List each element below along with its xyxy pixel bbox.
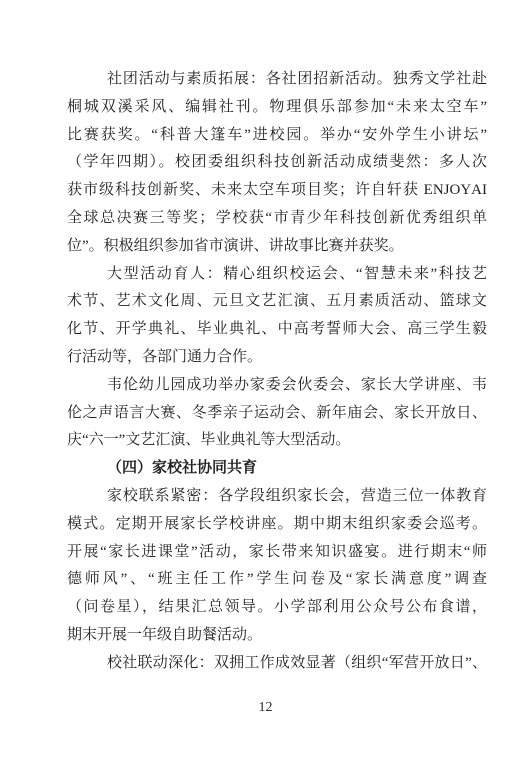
text-line: 化节、开学典礼、毕业典礼、中高考誓师大会、高三学生毅	[67, 316, 487, 344]
text-line: 大型活动育人：精心组织校运会、“智慧未来”科技艺	[67, 261, 487, 289]
section-heading: （四）家校社协同共育	[67, 455, 487, 483]
text-line: 韦伦幼儿园成功举办家委会伙委会、家长大学讲座、韦	[67, 372, 487, 400]
text-line: 模式。定期开展家长学校讲座。期中期末组织家委会巡考。	[67, 511, 487, 539]
text-line: 期末开展一年级自助餐活动。	[67, 622, 487, 650]
text-line: 社团活动与素质拓展：各社团招新活动。独秀文学社赴	[67, 66, 487, 94]
text-line: 术节、艺术文化周、元旦文艺汇演、五月素质活动、篮球文	[67, 288, 487, 316]
text-line: 开展“家长进课堂”活动，家长带来知识盛宴。进行期末“师	[67, 539, 487, 567]
text-line: 德师风”、“班主任工作”学生问卷及“家长满意度”调查	[67, 566, 487, 594]
page-number: 12	[0, 699, 531, 717]
text-line: 全球总决赛三等奖；学校获“市青少年科技创新优秀组织单	[67, 205, 487, 233]
text-line: 位”。积极组织参加省市演讲、讲故事比赛并获奖。	[67, 233, 487, 261]
text-line: 桐城双溪采风、编辑社刊。物理俱乐部参加“未来太空车”	[67, 94, 487, 122]
text-line: （学年四期）。校团委组织科技创新活动成绩斐然：多人次	[67, 149, 487, 177]
text-line: 伦之声语言大赛、冬季亲子运动会、新年庙会、家长开放日、	[67, 400, 487, 428]
document-body: 社团活动与素质拓展：各社团招新活动。独秀文学社赴桐城双溪采风、编辑社刊。物理俱乐…	[67, 66, 487, 678]
text-line: 校社联动深化：双拥工作成效显著（组织“军营开放日”、	[67, 650, 487, 678]
text-line: 获市级科技创新奖、未来太空车项目奖；许自轩获 ENJOYAI	[67, 177, 487, 205]
text-line: 庆“六一”文艺汇演、毕业典礼等大型活动。	[67, 427, 487, 455]
text-line: （问卷星），结果汇总领导。小学部利用公众号公布食谱，	[67, 594, 487, 622]
text-line: 行活动等，各部门通力合作。	[67, 344, 487, 372]
text-line: 比赛获奖。“科普大篷车”进校园。举办“安外学生小讲坛”	[67, 122, 487, 150]
text-line: 家校联系紧密：各学段组织家长会，营造三位一体教育	[67, 483, 487, 511]
document-page: 社团活动与素质拓展：各社团招新活动。独秀文学社赴桐城双溪采风、编辑社刊。物理俱乐…	[0, 0, 531, 768]
